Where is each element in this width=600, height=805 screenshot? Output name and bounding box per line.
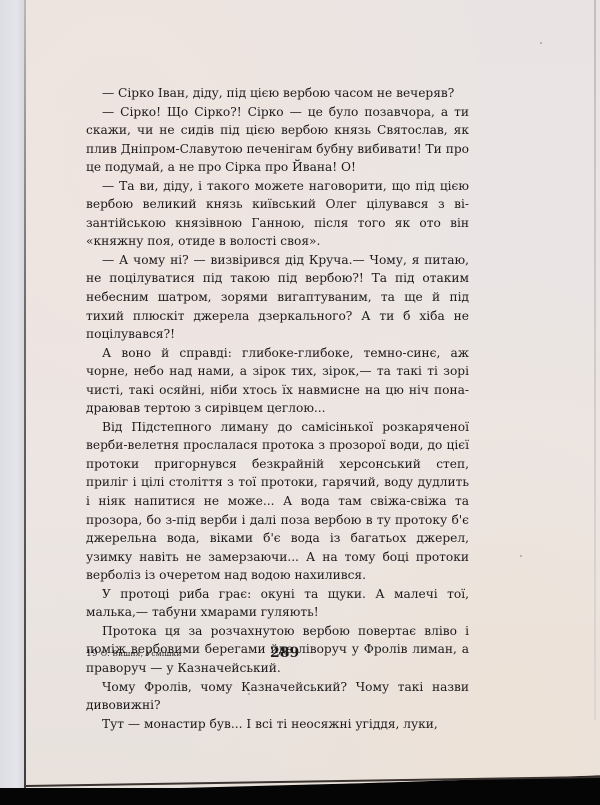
paper-speck [520,555,522,557]
paragraph: — А чому ні? — визвірився дід Круча.— Чо… [86,251,469,344]
paragraph: — Сірко Іван, діду, під цією вербою часо… [86,84,469,103]
gutter-line [24,0,26,788]
paragraph: Тут — монастир був... І всі ті неосяжні … [86,715,469,734]
scanned-page: — Сірко Іван, діду, під цією вербою часо… [0,0,600,805]
body-text: — Сірко Іван, діду, під цією вербою часо… [86,84,469,733]
page-number: 289 [270,645,299,661]
signature-number: 19 [86,649,98,659]
paragraph: — Сірко! Що Сірко?! Сірко — це було поза… [86,103,469,177]
paragraph: Чому Фролів, чому Казначейський? Чому та… [86,678,469,715]
signature-text: О. Вишня, Усмішки [101,649,182,658]
printer-signature: 19О. Вишня, Усмішки [86,649,182,659]
page-edge-right [594,0,596,720]
paragraph: Від Підстепного лиману до самісінької ро… [86,418,469,585]
binding-strip [0,0,24,788]
paragraph: А воно й справді: глибоке-глибоке, темно… [86,344,469,418]
paragraph: У протоці риба грає: окуні та щуки. А ма… [86,585,469,622]
paper-speck [540,42,542,44]
paragraph: — Та ви, діду, і такого можете наговорит… [86,177,469,251]
paper-sheet: — Сірко Іван, діду, під цією вербою часо… [0,0,600,788]
